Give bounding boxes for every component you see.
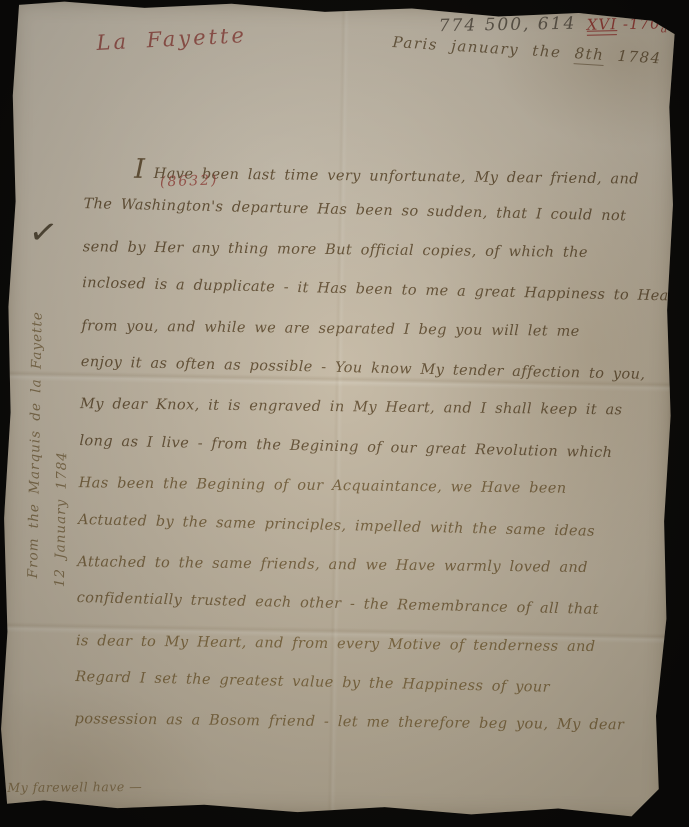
photo-backdrop: La Fayette 774 500, 614 XVI -170a Paris … [0, 0, 689, 827]
margin-docket-date: 12 January 1784 [51, 414, 71, 624]
dateline-year: 1784 [604, 46, 662, 67]
red-name-annotation: La Fayette [96, 23, 247, 55]
red-inline-number: (8632) [160, 172, 219, 190]
margin-docket-sender: From the Marquis de la Fayette [25, 291, 46, 599]
dateline: Paris january the 8th 1784 [392, 33, 662, 67]
pencil-shelf-numbers: 774 500, 614 [439, 14, 577, 36]
dateline-day: 8th [574, 44, 605, 66]
catalog-suffix: a [661, 22, 669, 35]
catchword-line: My farewell have — [7, 779, 142, 795]
dateline-place-month: Paris january the [392, 33, 575, 62]
catalog-number: -170 [623, 14, 661, 33]
catalog-roman-numeral: XVI [587, 15, 618, 36]
red-catalog-number: XVI -170a [587, 14, 669, 36]
manuscript-line: possession as a Bosom friend - let me th… [74, 701, 626, 747]
letter-paper: La Fayette 774 500, 614 XVI -170a Paris … [0, 0, 679, 822]
checkmark-icon: ✓ [26, 211, 60, 255]
letter-body: I Have been last time very unfortunate, … [74, 148, 636, 748]
